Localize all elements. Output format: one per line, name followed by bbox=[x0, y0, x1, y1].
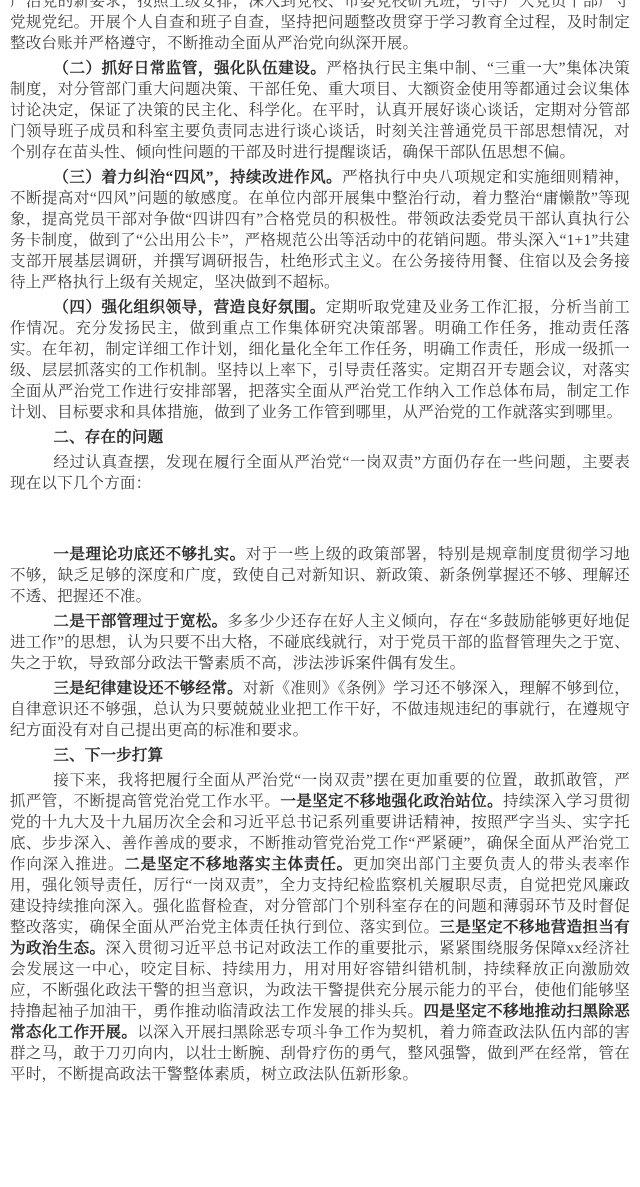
paragraph-plan-item1-lead: 一是坚定不移地强化政治站位。 bbox=[280, 793, 503, 810]
paragraph-problem-one-lead: 一是理论功底还不够扎实。 bbox=[53, 546, 245, 563]
paragraph-plan: 接下来，我将把履行全面从严治党“一岗双责”摆在更加重要的位置，敢抓敢管，严抓严管… bbox=[10, 770, 630, 1085]
paragraph-problem-one: 一是理论功底还不够扎实。对于一些上级的政策部署，特别是规章制度贯彻学习地不够，缺… bbox=[10, 544, 630, 607]
paragraph-section-4-body: 定期听取党建及业务工作汇报，分析当前工作情况。充分发扬民主，做到重点工作集体研究… bbox=[10, 299, 630, 421]
paragraph-section-3: （三）着力纠治“四风”，持续改进作风。严格执行中央八项规定和实施细则精神，不断提… bbox=[10, 167, 630, 293]
paragraph-top-continued: 严治党的新要求，按照上级安排，深入到党校、市委党校研究班，引导广大党员干部严守党… bbox=[10, 0, 630, 54]
paragraph-problems-intro: 经过认真查摆，发现在履行全面从严治党“一岗双责”方面仍存在一些问题，主要表现在以… bbox=[10, 452, 630, 494]
paragraph-problem-two: 二是干部管理过于宽松。多多少少还存在好人主义倾向，存在“多鼓励能够更好地促进工作… bbox=[10, 611, 630, 674]
paragraph-section-4-lead: （四）强化组织领导，营造良好氛围。 bbox=[53, 299, 325, 316]
blank-gap bbox=[10, 498, 630, 544]
paragraph-section-4: （四）强化组织领导，营造良好氛围。定期听取党建及业务工作汇报，分析当前工作情况。… bbox=[10, 297, 630, 423]
paragraph-plan-item2-lead: 二是坚定不移地落实主体责任。 bbox=[124, 856, 353, 873]
paragraph-section-2: （二）抓好日常监管，强化队伍建设。严格执行民主集中制、“三重一大”集体决策制度，… bbox=[10, 58, 630, 163]
paragraph-section-2-lead: （二）抓好日常监管，强化队伍建设。 bbox=[53, 60, 326, 77]
heading-problems: 二、存在的问题 bbox=[10, 427, 630, 448]
document-page: 严治党的新要求，按照上级安排，深入到党校、市委党校研究班，引导广大党员干部严守党… bbox=[10, 0, 630, 1085]
paragraph-section-3-lead: （三）着力纠治“四风”，持续改进作风。 bbox=[53, 169, 342, 186]
paragraph-problem-two-lead: 二是干部管理过于宽松。 bbox=[53, 613, 227, 630]
paragraph-problem-three-lead: 三是纪律建设还不够经常。 bbox=[53, 680, 243, 697]
paragraph-problem-three: 三是纪律建设还不够经常。对新《准则》《条例》学习还不够深入，理解不够到位，自律意… bbox=[10, 678, 630, 741]
paragraph-section-3-body: 严格执行中央八项规定和实施细则精神，不断提高对“四风”问题的敏感度。在单位内部开… bbox=[10, 169, 630, 291]
heading-next-steps: 三、下一步打算 bbox=[10, 745, 630, 766]
